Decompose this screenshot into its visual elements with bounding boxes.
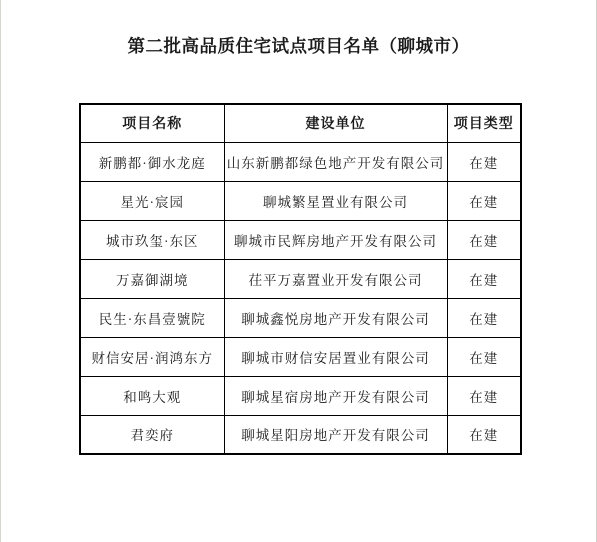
table-body: 新鹏都·御水龙庭 山东新鹏都绿色地产开发有限公司 在建 星光·宸园 聊城繁星置业…	[80, 142, 521, 454]
table-row: 和鸣大观 聊城星宿房地产开发有限公司 在建	[80, 376, 521, 415]
table-header-row: 项目名称 建设单位 项目类型	[80, 104, 521, 142]
column-header-project-name: 项目名称	[80, 104, 224, 142]
project-name-cell: 星光·宸园	[80, 181, 224, 220]
project-type-cell: 在建	[447, 259, 521, 298]
project-type-cell: 在建	[447, 337, 521, 376]
developer-cell: 聊城繁星置业有限公司	[224, 181, 447, 220]
document-page: 第二批高品质住宅试点项目名单（聊城市） 项目名称 建设单位 项目类型 新鹏都·御…	[0, 0, 597, 542]
developer-cell: 聊城星宿房地产开发有限公司	[224, 376, 447, 415]
project-name-cell: 君奕府	[80, 415, 224, 454]
developer-cell: 山东新鹏都绿色地产开发有限公司	[224, 142, 447, 181]
column-header-developer: 建设单位	[224, 104, 447, 142]
project-type-cell: 在建	[447, 220, 521, 259]
table-row: 财信安居·润鸿东方 聊城市财信安居置业有限公司 在建	[80, 337, 521, 376]
developer-cell: 聊城市民辉房地产开发有限公司	[224, 220, 447, 259]
table-row: 万嘉御湖境 茌平万嘉置业开发有限公司 在建	[80, 259, 521, 298]
page-title: 第二批高品质住宅试点项目名单（聊城市）	[1, 33, 596, 58]
table-row: 新鹏都·御水龙庭 山东新鹏都绿色地产开发有限公司 在建	[80, 142, 521, 181]
project-name-cell: 城市玖玺·东区	[80, 220, 224, 259]
project-table: 项目名称 建设单位 项目类型 新鹏都·御水龙庭 山东新鹏都绿色地产开发有限公司 …	[79, 103, 522, 455]
project-type-cell: 在建	[447, 415, 521, 454]
project-name-cell: 财信安居·润鸿东方	[80, 337, 224, 376]
developer-cell: 聊城鑫悦房地产开发有限公司	[224, 298, 447, 337]
table-row: 民生·东昌壹號院 聊城鑫悦房地产开发有限公司 在建	[80, 298, 521, 337]
project-name-cell: 新鹏都·御水龙庭	[80, 142, 224, 181]
project-name-cell: 民生·东昌壹號院	[80, 298, 224, 337]
project-type-cell: 在建	[447, 181, 521, 220]
project-name-cell: 万嘉御湖境	[80, 259, 224, 298]
column-header-project-type: 项目类型	[447, 104, 521, 142]
table-row: 星光·宸园 聊城繁星置业有限公司 在建	[80, 181, 521, 220]
project-type-cell: 在建	[447, 298, 521, 337]
project-type-cell: 在建	[447, 142, 521, 181]
project-type-cell: 在建	[447, 376, 521, 415]
developer-cell: 聊城星阳房地产开发有限公司	[224, 415, 447, 454]
table-row: 君奕府 聊城星阳房地产开发有限公司 在建	[80, 415, 521, 454]
table-row: 城市玖玺·东区 聊城市民辉房地产开发有限公司 在建	[80, 220, 521, 259]
project-name-cell: 和鸣大观	[80, 376, 224, 415]
developer-cell: 聊城市财信安居置业有限公司	[224, 337, 447, 376]
developer-cell: 茌平万嘉置业开发有限公司	[224, 259, 447, 298]
